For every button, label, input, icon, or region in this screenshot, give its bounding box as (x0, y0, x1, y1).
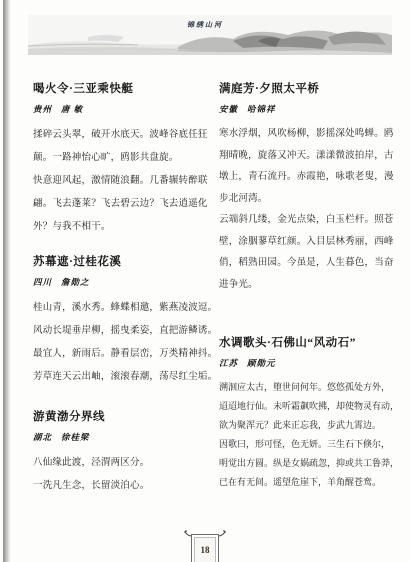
page-number: 18 (201, 545, 210, 555)
poem-line: 一洗凡生念，长留淡泊心。 (33, 475, 208, 498)
poem-title: 满庭芳·夕照太平桥 (219, 80, 394, 96)
author-region: 四川 (33, 277, 52, 287)
poem-author: 四川詹勋之 (33, 276, 208, 288)
poem-author: 江苏顾勋元 (219, 357, 394, 369)
author-name: 詹勋之 (61, 277, 90, 287)
poem-author: 贵州唐 敏 (33, 103, 208, 115)
poem-line: 风动长堤垂岸柳，摇曳柔姿，直把游鳞诱。 (33, 320, 208, 343)
poem-line: 桂山青，溪水秀。蜂蝶相邀，紫燕凌波逗。 (33, 297, 208, 320)
poem-section: 苏幕遮·过桂花溪 四川詹勋之 桂山青，溪水秀。蜂蝶相邀，紫燕凌波逗。 风动长堤垂… (33, 253, 208, 389)
poem-line: 外？与我不相干。 (33, 216, 208, 239)
poem-line: 墩上，青石流丹。赤霞艳，咏歌老叟，漫 (219, 167, 394, 189)
author-region: 湖北 (33, 432, 52, 442)
poem-line: 进争光。 (219, 275, 394, 297)
flourish-icon (184, 530, 192, 537)
poem-title: 水调歌头·石佛山“风动石” (219, 334, 394, 350)
poem-section: 满庭芳·夕照太平桥 安徽哈锦祥 寒水浮烟，风吹杨柳，影摇深处鸣蝉。鸥 翔晴晚，旋… (219, 80, 394, 296)
poem-title: 喝火令·三亚乘快艇 (33, 80, 208, 96)
poem-body: 桂山青，溪水秀。蜂蝶相邀，紫燕凌波逗。 风动长堤垂岸柳，摇曳柔姿，直把游鳞诱。 … (33, 297, 208, 389)
author-name: 哈锦祥 (247, 104, 276, 114)
poem-line: 揉碎云头翠，破开水底天。波峰谷底任狂 (33, 124, 208, 147)
poem-line: 最宜人，新雨后。静看层峦，万类精神抖。 (33, 343, 208, 366)
poem-line: 颠。一路神怡心旷，鸥影共盘旋。 (33, 147, 208, 170)
poem-line: 已在有无间。遥望危崖下，羊角醒苍鸾。 (219, 473, 394, 492)
poem-author: 湖北徐桂梁 (33, 431, 208, 443)
poem-line: 云端斜几缕，金光点染，白玉栏杆。照苍 (219, 210, 394, 232)
author-name: 顾勋元 (247, 358, 276, 368)
poem-section: 喝火令·三亚乘快艇 贵州唐 敏 揉碎云头翠，破开水底天。波峰谷底任狂 颠。一路神… (33, 80, 208, 239)
poem-line: 快意迎风起，激情随浪翻。几番辗转醉联 (33, 170, 208, 193)
poem-line: 八仙缘此渡，泾渭两区分。 (33, 452, 208, 475)
poem-body: 八仙缘此渡，泾渭两区分。 一洗凡生念，长留淡泊心。 (33, 452, 208, 498)
poem-title: 游黄渤分界线 (33, 408, 208, 424)
flourish-icon (218, 530, 226, 537)
poem-line: 寒水浮烟，风吹杨柳，影摇深处鸣蝉。鸥 (219, 124, 394, 146)
scan-gutter-shadow (3, 0, 11, 562)
page-number-ornament: 18 (191, 534, 219, 562)
poem-line: 因歌曰，形可怪，色无妍。三生石下倏尔， (219, 435, 394, 454)
page-number-box: 18 (191, 534, 219, 562)
right-column: 满庭芳·夕照太平桥 安徽哈锦祥 寒水浮烟，风吹杨柳，影摇深处鸣蝉。鸥 翔晴晚，旋… (219, 72, 394, 498)
author-name: 徐桂梁 (61, 432, 90, 442)
poem-line: 溯洄应太古，堕世问何年。悠悠孤处方外， (219, 378, 394, 397)
poem-line: 明觉出方圆。纵是女娲疏忽，抑或共工鲁莽， (219, 454, 394, 473)
poem-section: 水调歌头·石佛山“风动石” 江苏顾勋元 溯洄应太古，堕世问何年。悠悠孤处方外， … (219, 334, 394, 492)
poem-body: 溯洄应太古，堕世问何年。悠悠孤处方外， 迢迢地行仙。未听霜飙吹拂，却使物灵有动，… (219, 378, 394, 492)
author-name: 唐 敏 (61, 104, 83, 114)
poem-title: 苏幕遮·过桂花溪 (33, 253, 208, 269)
poem-line: 步北河湾。 (219, 189, 394, 211)
poem-author: 安徽哈锦祥 (219, 103, 394, 115)
author-region: 贵州 (33, 104, 52, 114)
poem-body: 寒水浮烟，风吹杨柳，影摇深处鸣蝉。鸥 翔晴晚，旋落又冲天。漾漾微波拍岸，古 墩上… (219, 124, 394, 296)
poem-line: 欲为聚浑元？此来正忘我，步武九霄边。 (219, 416, 394, 435)
text-columns: 喝火令·三亚乘快艇 贵州唐 敏 揉碎云头翠，破开水底天。波峰谷底任狂 颠。一路神… (33, 72, 394, 498)
poem-line: 迢迢地行仙。未听霜飙吹拂，却使物灵有动， (219, 397, 394, 416)
poem-line: 翔晴晚，旋落又冲天。漾漾微波拍岸，古 (219, 146, 394, 168)
poem-line: 芳草连天云出岫，滚滚春潮，荡尽红尘垢。 (33, 366, 208, 389)
left-column: 喝火令·三亚乘快艇 贵州唐 敏 揉碎云头翠，破开水底天。波峰谷底任狂 颠。一路神… (33, 72, 208, 498)
poem-section: 游黄渤分界线 湖北徐桂梁 八仙缘此渡，泾渭两区分。 一洗凡生念，长留淡泊心。 (33, 408, 208, 498)
author-region: 安徽 (219, 104, 238, 114)
poem-line: 俏，稻熟田园。今虽是，人生暮色，当奋 (219, 253, 394, 275)
poem-line: 壁，涂胭蓼草红颜。入目层林秀丽，西峰 (219, 232, 394, 254)
header-title: 锦绣山河 (187, 20, 223, 30)
book-page: 锦绣山河 喝火令·三亚乘快艇 贵州唐 敏 揉碎云头翠，破开水底天。波峰谷底任狂 … (0, 0, 410, 562)
poem-body: 揉碎云头翠，破开水底天。波峰谷底任狂 颠。一路神怡心旷，鸥影共盘旋。 快意迎风起… (33, 124, 208, 239)
author-region: 江苏 (219, 358, 238, 368)
poem-line: 翩。飞去蓬莱？飞去碧云边？飞去逍遥化 (33, 193, 208, 216)
